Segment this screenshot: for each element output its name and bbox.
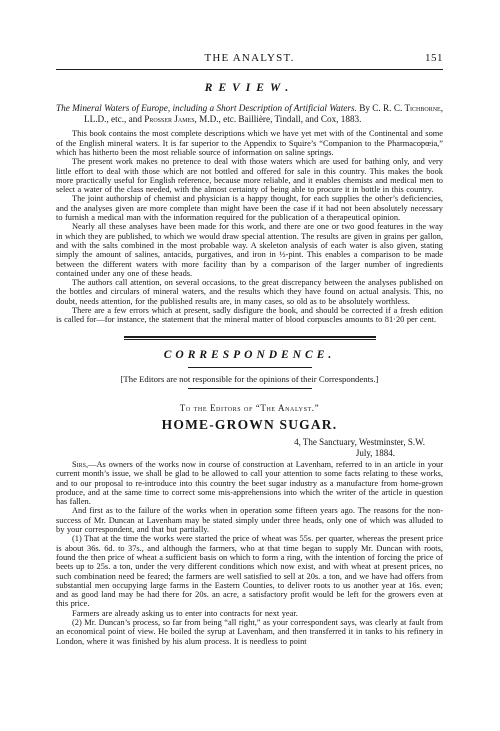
letter-paragraph-4: Farmers are already asking us to enter i… [56, 609, 443, 618]
editors-disclaimer: [The Editors are not responsible for the… [56, 374, 443, 384]
review-paragraph-5: The authors call attention, on several o… [56, 278, 443, 306]
review-paragraph-2: The present work makes no pretence to de… [56, 157, 443, 194]
review-section: REVIEW. The Mineral Waters of Europe, in… [56, 82, 443, 325]
letter-title: HOME-GROWN SUGAR. [56, 417, 443, 433]
review-heading: REVIEW. [56, 82, 443, 94]
citation-author-2: Prosser James [144, 114, 194, 124]
citation-book-title: The Mineral Waters of Europe, including … [56, 103, 357, 113]
letter-paragraph-2: And first as to the failure of the works… [56, 506, 443, 534]
page-number: 151 [425, 52, 443, 64]
book-citation: The Mineral Waters of Europe, including … [56, 103, 443, 124]
header-rule [56, 69, 443, 70]
letter-address: 4, The Sanctuary, Westminster, S.W. [56, 437, 443, 448]
letter-paragraph-3: (1) That at the time the works were star… [56, 534, 443, 608]
small-rule-bottom [188, 388, 312, 389]
running-head: THE ANALYST. 151 [56, 52, 443, 66]
letter-opening-rest: ,—As owners of the works now in course o… [56, 460, 443, 506]
small-rule-top [188, 367, 312, 368]
journal-title: THE ANALYST. [204, 52, 294, 64]
review-paragraph-6: There are a few errors which at present,… [56, 306, 443, 325]
section-divider-rule [124, 336, 376, 340]
review-paragraph-3: The joint authorship of chemist and phys… [56, 194, 443, 222]
citation-author-1: C. R. C. Tichborne [372, 103, 440, 113]
letter-paragraph-1: Sirs,—As owners of the works now in cour… [56, 460, 443, 506]
journal-page: THE ANALYST. 151 REVIEW. The Mineral Wat… [0, 0, 500, 731]
citation-publisher: , M.D., etc. Baillière, Tindall, and Cox… [195, 114, 362, 124]
correspondence-heading: CORRESPONDENCE. [56, 349, 443, 361]
correspondence-section: CORRESPONDENCE. [The Editors are not res… [56, 349, 443, 646]
letter-date: July, 1884. [56, 448, 443, 459]
review-paragraph-4: Nearly all these analyses have been made… [56, 222, 443, 278]
letter-paragraph-5: (2) Mr. Duncan’s process, so far from be… [56, 618, 443, 646]
letter-opening: Sirs [72, 460, 86, 469]
letter-salutation: To the Editors of “The Analyst.” [56, 403, 443, 413]
review-paragraph-1: This book contains the most complete des… [56, 129, 443, 157]
citation-by: By [359, 103, 370, 113]
